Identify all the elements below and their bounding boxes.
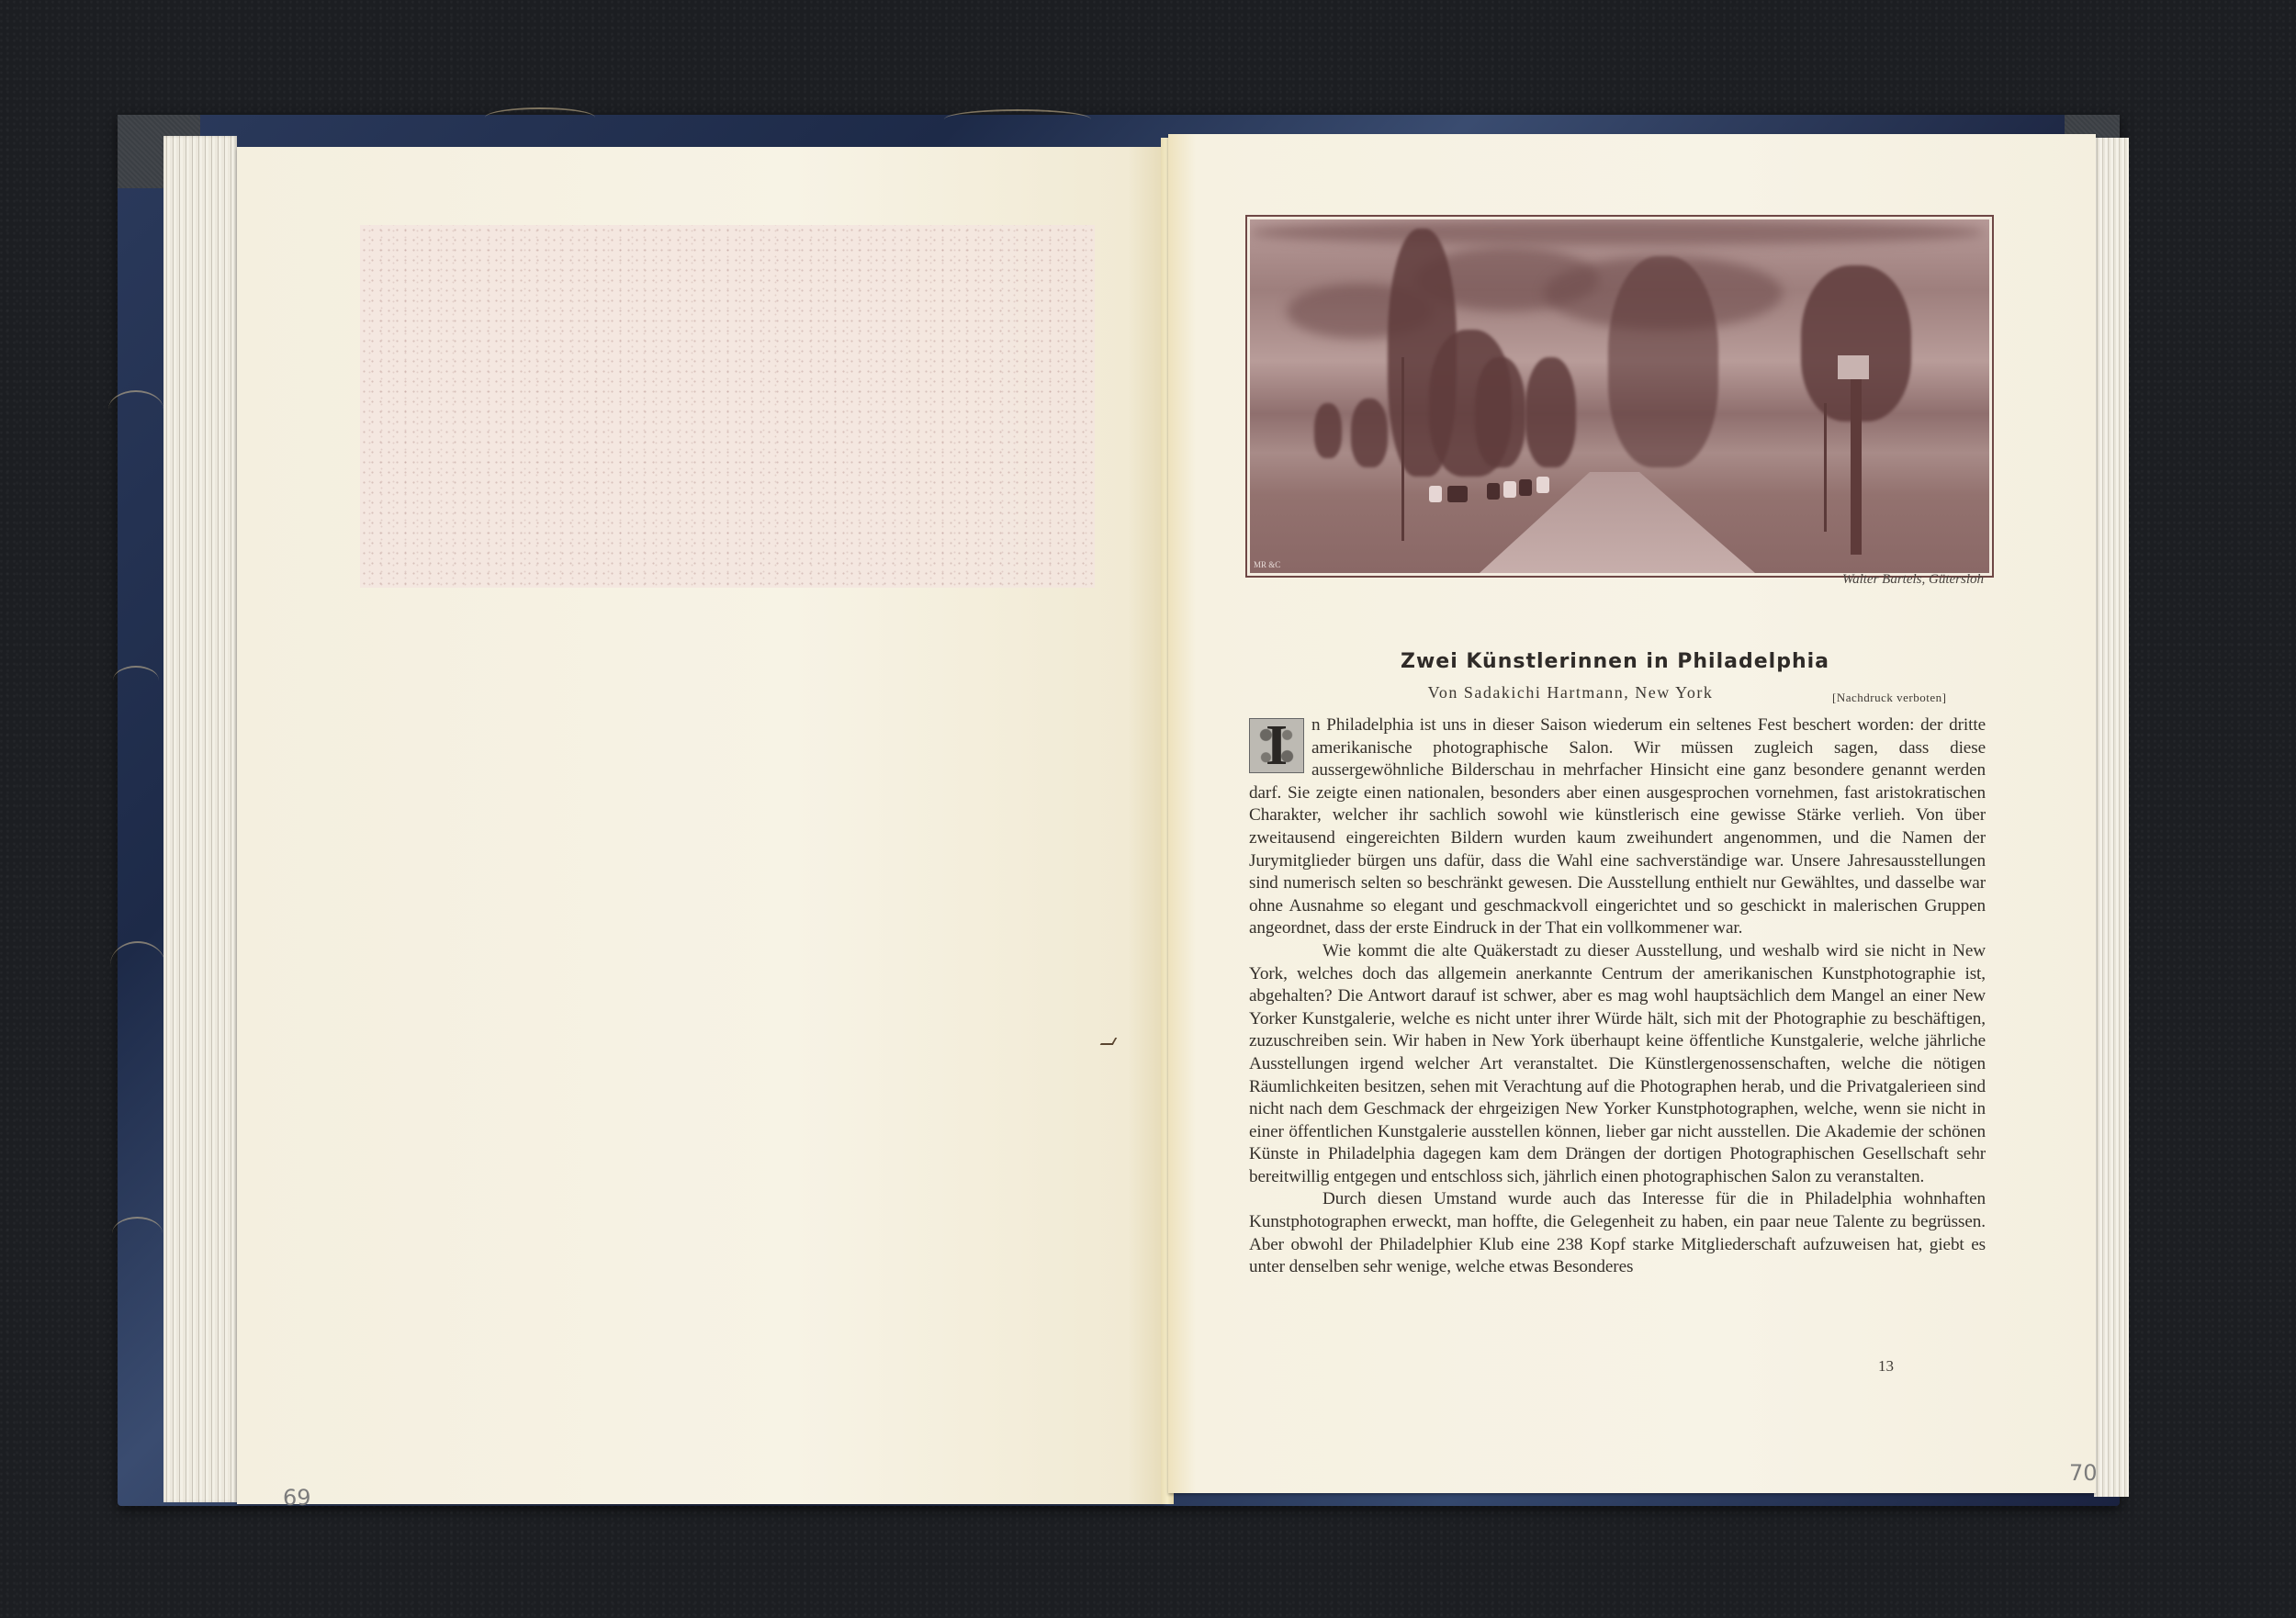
printed-page-number: 13 xyxy=(1878,1357,1894,1376)
cow xyxy=(1503,481,1516,498)
tree-trunk xyxy=(1401,357,1404,541)
left-page-stack xyxy=(163,136,237,1502)
article-byline: Von Sadakichi Hartmann, New York xyxy=(1350,683,1791,702)
tree xyxy=(1351,399,1388,467)
cow xyxy=(1487,483,1500,500)
cow xyxy=(1519,479,1532,496)
marble-vein xyxy=(944,109,1091,129)
photo-caption: Walter Bartels, Gütersloh xyxy=(1745,572,1984,588)
marble-vein xyxy=(110,941,165,989)
tree-trunk xyxy=(1824,403,1827,532)
signpost xyxy=(1851,357,1862,555)
tree xyxy=(1314,403,1342,458)
tree xyxy=(1475,357,1525,467)
marble-vein xyxy=(112,1217,163,1251)
marble-vein xyxy=(113,666,159,695)
paragraph: Durch diesen Umstand wurde auch das Inte… xyxy=(1249,1188,1986,1278)
offset-plate-ghost xyxy=(360,225,1095,588)
sign-board xyxy=(1838,355,1869,379)
tree xyxy=(1525,357,1576,467)
cow xyxy=(1536,477,1549,493)
article-body: In Philadelphia ist uns in dieser Saison… xyxy=(1249,714,1986,1279)
article-title: Zwei Künstlerinnen in Philadelphia xyxy=(1245,650,1985,673)
right-page-stack xyxy=(2094,138,2129,1497)
printer-monogram: MR &C xyxy=(1254,561,1280,569)
cow xyxy=(1447,486,1468,502)
marble-vein xyxy=(485,107,595,128)
landscape-photograph: MR &C xyxy=(1250,219,1989,573)
cow xyxy=(1429,486,1442,502)
handwritten-page-number-left: 69 xyxy=(283,1485,311,1511)
tree xyxy=(1608,256,1718,467)
marble-vein xyxy=(108,390,163,429)
cloud xyxy=(1250,219,1985,245)
paragraph-text: n Philadelphia ist uns in dieser Saison … xyxy=(1249,715,1986,938)
paragraph: Wie kommt die alte Quäkerstadt zu dieser… xyxy=(1249,940,1986,1189)
photograph-plate: MR &C xyxy=(1245,215,1994,578)
reprint-notice: [Nachdruck verboten] xyxy=(1832,691,1946,705)
handwritten-page-number-right: 70 xyxy=(2069,1460,2098,1486)
paragraph: In Philadelphia ist uns in dieser Saison… xyxy=(1249,714,1986,940)
ornamental-drop-cap: I xyxy=(1249,718,1304,773)
